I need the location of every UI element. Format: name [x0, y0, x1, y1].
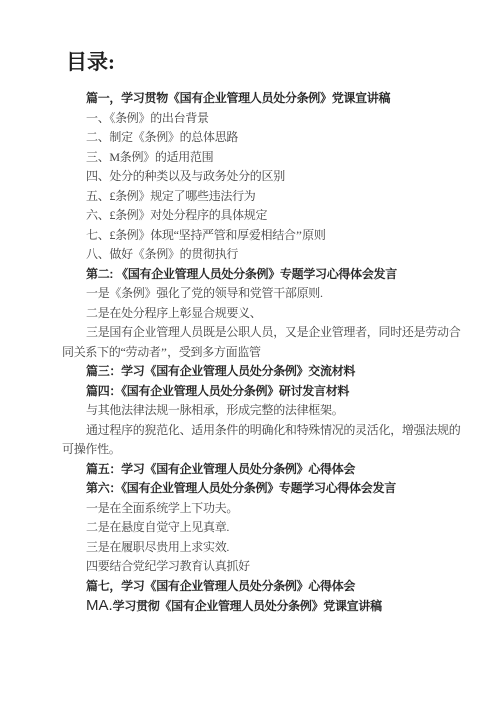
toc-line: 篇三：学习《国有企业管理人员处分条例》交流材料 — [62, 362, 442, 382]
toc-line: 三、M条例》的适用范围 — [62, 148, 442, 168]
toc-line: 同关系下的“劳动者’’，受到多方面监管 — [62, 343, 442, 363]
toc-line-text: 第六：《国有企业管理人员处分条例》专题学习心得体会发言 — [86, 481, 396, 495]
toc-line: 篇四：《国有企业管理人员处分条例》研讨发言材料 — [62, 382, 442, 402]
toc-line: 通过程序的猊范化、适用条件的明确化和特殊情况的灵活化，增强法规的 — [62, 421, 442, 441]
toc-line: 八、做好《条例》的贯彻执行 — [62, 245, 442, 265]
toc-line: MA.学习贯彻《国有企业管理人员处分条例》党课宣讲稿 — [62, 596, 442, 617]
toc-line-text: 三是在履职尽贵用上求实效. — [86, 540, 229, 554]
toc-line-text: 篇五：学习《国有企业管理人员处分条例》心得体会 — [86, 462, 355, 476]
toc-line-text: 五、£条例》规定了哪些违法行为 — [86, 189, 256, 203]
toc-line-text: 第二: 《国有企业管理人员处分条例》专题学习心得体会发言 — [86, 267, 397, 281]
toc-line-text: 篇四：《国有企业管理人员处分条例》研讨发言材料 — [86, 384, 349, 398]
toc-line: 第六：《国有企业管理人员处分条例》专题学习心得体会发言 — [62, 479, 442, 499]
toc-line-text: 三、M条例》的适用范围 — [86, 150, 213, 164]
toc-line: 二是在处分程序上彰显合规要义、 — [62, 304, 442, 324]
toc-line: 四要结合党纪学习教育认真抓好 — [62, 557, 442, 577]
toc-line: 三是国有企业管理人员既是公职人员，又是企业管理者，同时还是劳动合 — [62, 323, 442, 343]
toc-line-text: 四要结合党纪学习教育认真抓好 — [86, 559, 250, 573]
toc-line-text: 四、处分的种类以及与政务处分的区别 — [86, 169, 285, 183]
toc-line-text: 篇一，学习贯物《国有企业管理人员处分条例》党课宣讲稿 — [86, 91, 390, 105]
toc-line: 可操作性。 — [62, 440, 442, 460]
toc-line: 二是在悬度自觉守上见真章. — [62, 518, 442, 538]
toc-line: 二、制定《条例》的总体思路 — [62, 128, 442, 148]
toc-line: 三是在履职尽贵用上求实效. — [62, 538, 442, 558]
toc-line-text: 篇三：学习《国有企业管理人员处分条例》交流材料 — [86, 364, 355, 378]
toc-line: 六、£条例》对处分程序的具体规定 — [62, 206, 442, 226]
toc-line-text: 七、£条例》体现“坚持严管和厚爱相结合’’原则 — [86, 228, 326, 242]
toc-list: 篇一，学习贯物《国有企业管理人员处分条例》党课宣讲稿一、《条例》的出台背景二、制… — [62, 89, 442, 617]
toc-line-text: 八、做好《条例》的贯彻执行 — [86, 247, 238, 261]
toc-line: 一是《条例》强化了党的领导和党管干部原则. — [62, 284, 442, 304]
toc-line-text: 可操作性。 — [62, 442, 121, 456]
toc-line: 一、《条例》的出台背景 — [62, 109, 442, 129]
toc-line-text: 三是国有企业管理人员既是公职人员，又是企业管理者，同时还是劳动合 — [86, 325, 460, 339]
page-title: 目录: — [66, 50, 442, 75]
toc-line-text: 同关系下的“劳动者’’，受到多方面监管 — [62, 345, 261, 359]
toc-line: 与其他法律法规一脉相承，形成完整的法律框架。 — [62, 401, 442, 421]
toc-line-text: 一是在全面系统学上下功夫。 — [86, 501, 238, 515]
toc-line-text: 学习贯彻《国有企业管理人员处分条例》党课宣讲稿 — [113, 599, 382, 613]
document-page: 目录: 篇一，学习贯物《国有企业管理人员处分条例》党课宣讲稿一、《条例》的出台背… — [0, 0, 500, 707]
toc-line: 篇七，学习《国有企业管理人员处分条例》心得体会 — [62, 577, 442, 597]
toc-line-text: 篇七，学习《国有企业管理人员处分条例》心得体会 — [86, 579, 355, 593]
toc-line-text: 一是《条例》强化了党的领导和党管干部原则. — [86, 286, 323, 300]
toc-line: 五、£条例》规定了哪些违法行为 — [62, 187, 442, 207]
toc-line-text: 二、制定《条例》的总体思路 — [86, 130, 238, 144]
toc-line-text: 六、£条例》对处分程序的具体规定 — [86, 208, 267, 222]
toc-line-text: 二是在处分程序上彰显合规要义、 — [86, 306, 262, 320]
toc-line: 篇五：学习《国有企业管理人员处分条例》心得体会 — [62, 460, 442, 480]
toc-line: 七、£条例》体现“坚持严管和厚爱相结合’’原则 — [62, 226, 442, 246]
toc-line-text: 二是在悬度自觉守上见真章. — [86, 520, 229, 534]
toc-line: 一是在全面系统学上下功夫。 — [62, 499, 442, 519]
toc-line: 第二: 《国有企业管理人员处分条例》专题学习心得体会发言 — [62, 265, 442, 285]
toc-line-text: 与其他法律法规一脉相承，形成完整的法律框架。 — [86, 403, 343, 417]
toc-line-text: 通过程序的猊范化、适用条件的明确化和特殊情况的灵活化，增强法规的 — [86, 423, 460, 437]
toc-line-text: 一、《条例》的出台背景 — [86, 111, 209, 125]
toc-line-prefix: MA. — [86, 597, 113, 614]
toc-line: 四、处分的种类以及与政务处分的区别 — [62, 167, 442, 187]
toc-line: 篇一，学习贯物《国有企业管理人员处分条例》党课宣讲稿 — [62, 89, 442, 109]
